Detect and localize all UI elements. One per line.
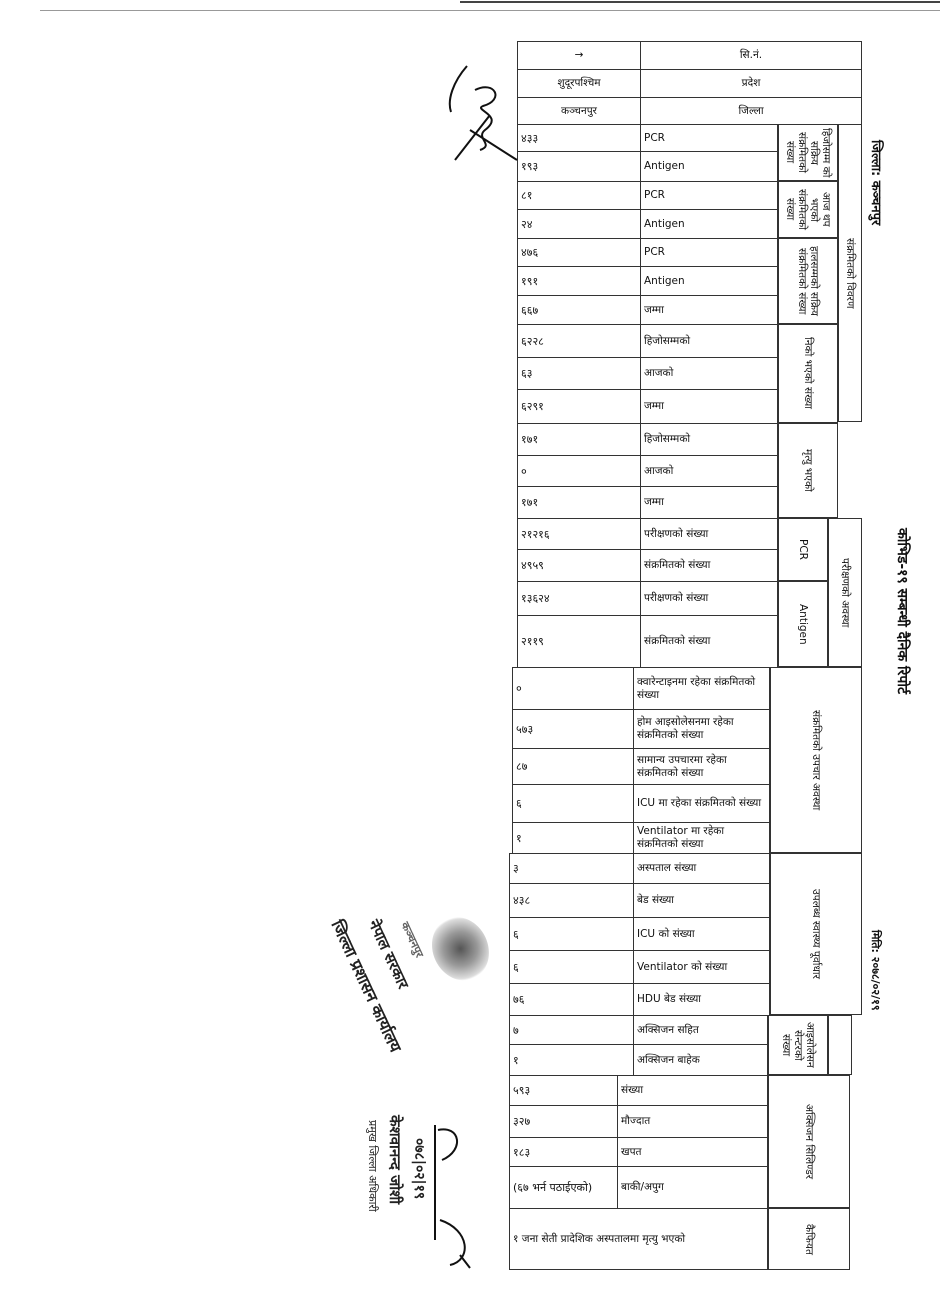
group-active-till-yesterday: हिजोसम्म को सक्रिय संक्रमितको संख्या bbox=[778, 124, 838, 181]
row-value: ७ bbox=[509, 1015, 634, 1045]
row-label: जम्मा bbox=[640, 486, 778, 519]
row-label: क्वारेन्टाइनमा रहेका संक्रमितको संख्या bbox=[633, 667, 770, 710]
row-label: आजको bbox=[640, 357, 778, 390]
row-value: ६ bbox=[512, 784, 634, 823]
header-value: → bbox=[517, 41, 641, 70]
row-label: हिजोसम्मको bbox=[640, 324, 778, 358]
report-date: मिति: २०७८/०२/१९ bbox=[868, 930, 883, 1011]
row-label: PCR bbox=[640, 238, 778, 267]
group-active-till-now: हालसम्मको सक्रिय संक्रमितको संख्या bbox=[778, 238, 838, 324]
group-oxygen-cylinders: अक्सिजन सिलिण्डर bbox=[768, 1075, 850, 1208]
signatory-name: केशवानन्द जोशी bbox=[385, 1115, 405, 1204]
row-label: Ventilator को संख्या bbox=[633, 950, 770, 984]
group-isolation-spacer bbox=[828, 1015, 852, 1075]
row-label: परीक्षणको संख्या bbox=[640, 518, 778, 550]
group-treatment-status: संक्रमितको उपचार अवस्था bbox=[770, 667, 862, 853]
row-label: मौज्दात bbox=[617, 1105, 768, 1138]
group-remarks: कैफियत bbox=[768, 1208, 850, 1270]
district-label: जिल्ला: कञ्चनपुर bbox=[866, 140, 884, 225]
scan-edge-line bbox=[40, 10, 940, 11]
row-label: अक्सिजन बाहेक bbox=[633, 1044, 768, 1076]
row-value: १९१ bbox=[517, 266, 641, 296]
row-label: अस्पताल संख्या bbox=[633, 853, 770, 884]
scan-edge-line-top bbox=[460, 1, 940, 3]
row-value: ६३ bbox=[517, 357, 641, 390]
row-value: १ bbox=[509, 1044, 634, 1076]
row-value: ० bbox=[512, 667, 634, 710]
group-new-today: आज थप भएको संक्रमितको संख्या bbox=[778, 181, 838, 238]
row-value: (६७ भर्न पठाईएको) bbox=[509, 1166, 618, 1209]
group-deaths: मृत्यु भएको bbox=[778, 423, 838, 518]
row-value: ४९५९ bbox=[517, 549, 641, 582]
row-label: संक्रमितको संख्या bbox=[640, 615, 778, 668]
row-label: जम्मा bbox=[640, 389, 778, 424]
group-health-infrastructure: उपलब्ध स्वास्थ्य पूर्वाधार bbox=[770, 853, 862, 1015]
row-label: जम्मा bbox=[640, 295, 778, 325]
row-label: होम आइसोलेसनमा रहेका संक्रमितको संख्या bbox=[633, 709, 770, 749]
row-label: ICU को संख्या bbox=[633, 917, 770, 951]
row-value: ६२९१ bbox=[517, 389, 641, 424]
row-label: ICU मा रहेका संक्रमितको संख्या bbox=[633, 784, 770, 823]
row-value: ६ bbox=[509, 950, 634, 984]
initials-scribble bbox=[445, 60, 520, 165]
group-infected-details: संक्रमितको विवरण bbox=[838, 124, 862, 422]
stamp-emblem-icon bbox=[422, 908, 499, 990]
row-value: ४३८ bbox=[509, 883, 634, 918]
row-label: आजको bbox=[640, 455, 778, 487]
row-label: अक्सिजन सहित bbox=[633, 1015, 768, 1045]
row-value: १ bbox=[512, 822, 634, 854]
row-label: संख्या bbox=[617, 1075, 768, 1106]
row-label: HDU बेड संख्या bbox=[633, 983, 770, 1016]
row-label: PCR bbox=[640, 124, 778, 152]
stamp-district: कञ्चनपुर bbox=[397, 919, 427, 959]
row-label: बाकी/अपुग bbox=[617, 1166, 768, 1209]
row-value: १७१ bbox=[517, 486, 641, 519]
row-value: ४७६ bbox=[517, 238, 641, 267]
row-value: ६ bbox=[509, 917, 634, 951]
group-isolation-centers: आइसोलेसन सेन्टरको संख्या bbox=[768, 1015, 828, 1075]
row-value: ८१ bbox=[517, 181, 641, 210]
row-value: ५९३ bbox=[509, 1075, 618, 1106]
row-value: ६२२८ bbox=[517, 324, 641, 358]
row-label: Antigen bbox=[640, 151, 778, 182]
signature-scribble bbox=[430, 1120, 475, 1270]
header-label: प्रदेश bbox=[640, 69, 862, 98]
header-value: शुदूरपश्चिम bbox=[517, 69, 641, 98]
signature-date: ०७८|०२|१९ bbox=[410, 1138, 429, 1199]
row-label: सामान्य उपचारमा रहेका संक्रमितको संख्या bbox=[633, 748, 770, 785]
row-label: बेड संख्या bbox=[633, 883, 770, 918]
header-label: जिल्ला bbox=[640, 97, 862, 125]
row-value: २१२१६ bbox=[517, 518, 641, 550]
row-value: ३ bbox=[509, 853, 634, 884]
row-value: ५७३ bbox=[512, 709, 634, 749]
row-label: खपत bbox=[617, 1137, 768, 1167]
row-label: परीक्षणको संख्या bbox=[640, 581, 778, 616]
header-label: सि.नं. bbox=[640, 41, 862, 70]
official-stamp: जिल्ला प्रशासन कार्यालय नेपाल सरकार कञ्च… bbox=[297, 840, 523, 1066]
row-value: १९३ bbox=[517, 151, 641, 182]
row-label: Ventilator मा रहेका संक्रमितको संख्या bbox=[633, 822, 770, 854]
group-testing-status: परीक्षणको अवस्था bbox=[828, 518, 862, 667]
row-label: Antigen bbox=[640, 266, 778, 296]
row-label: संक्रमितको संख्या bbox=[640, 549, 778, 582]
row-value: ० bbox=[517, 455, 641, 487]
remarks-text: १ जना सेती प्रादेशिक अस्पतालमा मृत्यु भए… bbox=[509, 1208, 768, 1270]
row-value: ६६७ bbox=[517, 295, 641, 325]
row-value: ७६ bbox=[509, 983, 634, 1016]
row-value: १७१ bbox=[517, 423, 641, 456]
group-pcr: PCR bbox=[778, 518, 828, 581]
row-value: १८३ bbox=[509, 1137, 618, 1167]
report-title: कोभिड-१९ सम्बन्धी दैनिक रिपोर्ट bbox=[893, 528, 912, 694]
row-value: २११९ bbox=[517, 615, 641, 668]
header-value: कञ्चनपुर bbox=[517, 97, 641, 125]
group-recovered: निको भएको संख्या bbox=[778, 324, 838, 423]
group-antigen: Antigen bbox=[778, 581, 828, 667]
row-label: PCR bbox=[640, 181, 778, 210]
row-value: १३६२४ bbox=[517, 581, 641, 616]
row-label: Antigen bbox=[640, 209, 778, 239]
row-value: ८७ bbox=[512, 748, 634, 785]
signatory-title: प्रमुख जिल्ला अधिकारी bbox=[365, 1120, 380, 1212]
row-value: २४ bbox=[517, 209, 641, 239]
row-label: हिजोसम्मको bbox=[640, 423, 778, 456]
row-value: ३२७ bbox=[509, 1105, 618, 1138]
row-value: ४३३ bbox=[517, 124, 641, 152]
